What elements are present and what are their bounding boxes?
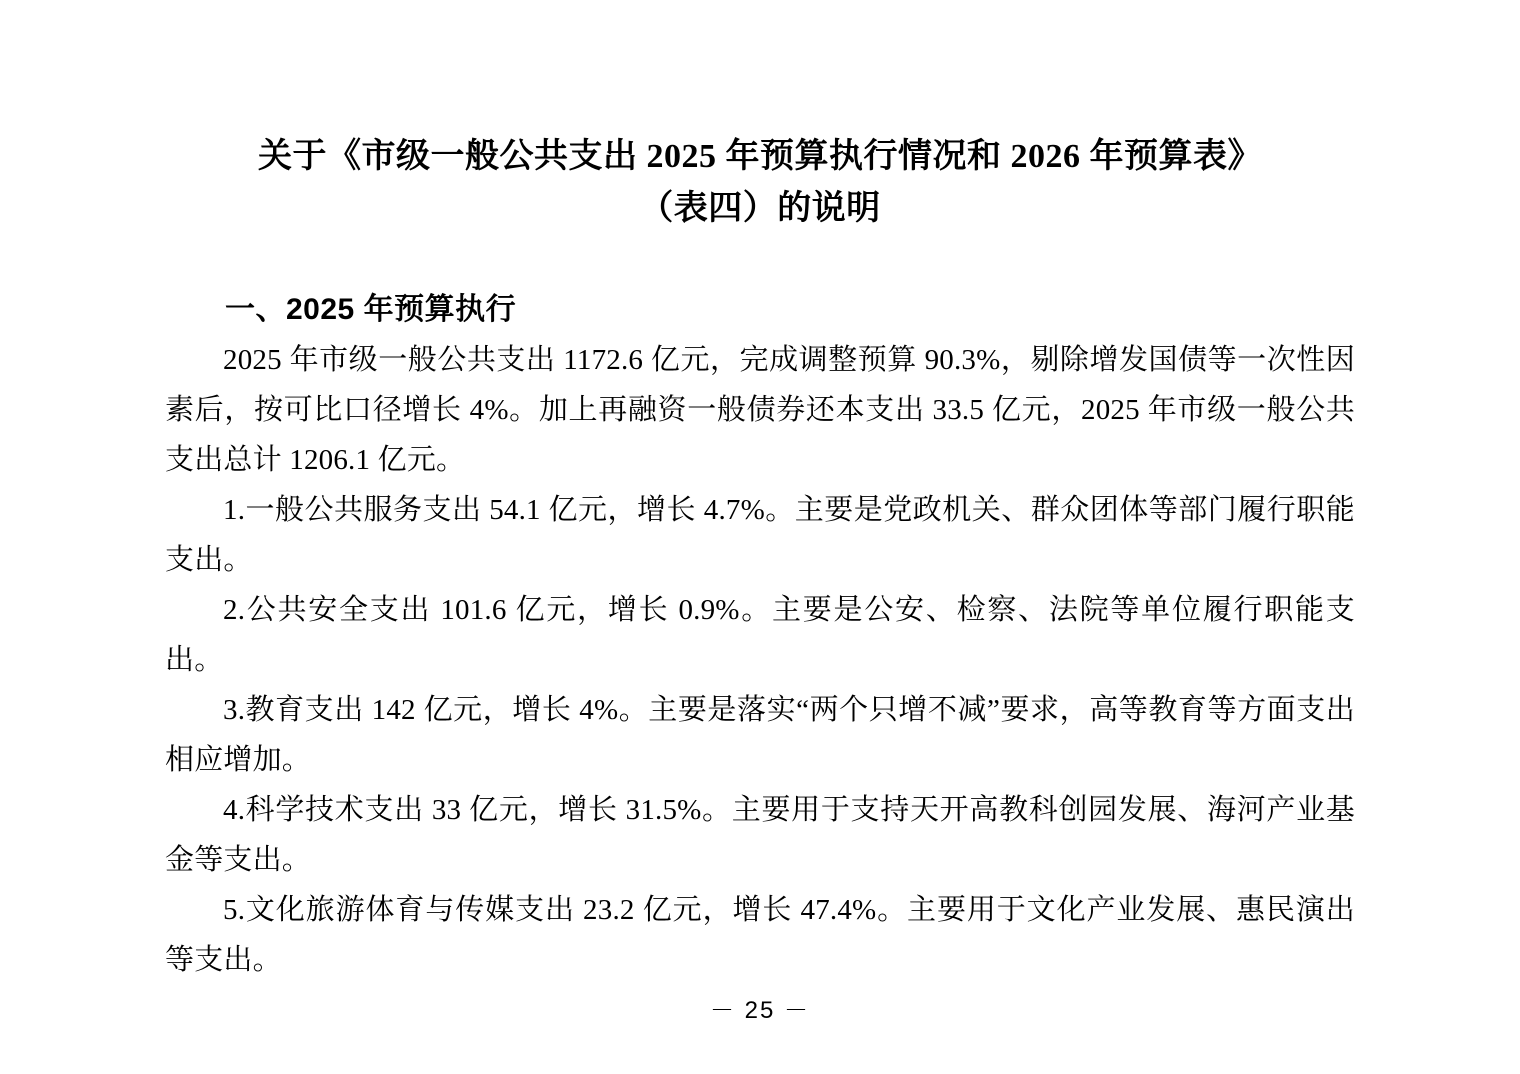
page-number: － 25 － [0,996,1520,1026]
document-title: 关于《市级一般公共支出 2025 年预算执行情况和 2026 年预算表》 （表四… [165,131,1355,235]
paragraph-overview: 2025 年市级一般公共支出 1172.6 亿元，完成调整预算 90.3%，剔除… [165,335,1355,485]
paragraph-public-security: 2.公共安全支出 101.6 亿元，增长 0.9%。主要是公安、检察、法院等单位… [165,585,1355,685]
document-title-line-1: 关于《市级一般公共支出 2025 年预算执行情况和 2026 年预算表》 [165,131,1355,183]
document-page: 关于《市级一般公共支出 2025 年预算执行情况和 2026 年预算表》 （表四… [0,0,1520,1074]
paragraph-science-technology: 4.科学技术支出 33 亿元，增长 31.5%。主要用于支持天开高教科创园发展、… [165,785,1355,885]
section-heading-2025-budget-execution: 一、2025 年预算执行 [165,285,1355,335]
document-content: 关于《市级一般公共支出 2025 年预算执行情况和 2026 年预算表》 （表四… [165,131,1355,985]
paragraph-education: 3.教育支出 142 亿元，增长 4%。主要是落实“两个只增不减”要求，高等教育… [165,685,1355,785]
paragraph-culture-tourism-sports-media: 5.文化旅游体育与传媒支出 23.2 亿元，增长 47.4%。主要用于文化产业发… [165,885,1355,985]
document-title-line-2: （表四）的说明 [165,183,1355,235]
paragraph-general-public-services: 1.一般公共服务支出 54.1 亿元，增长 4.7%。主要是党政机关、群众团体等… [165,485,1355,585]
